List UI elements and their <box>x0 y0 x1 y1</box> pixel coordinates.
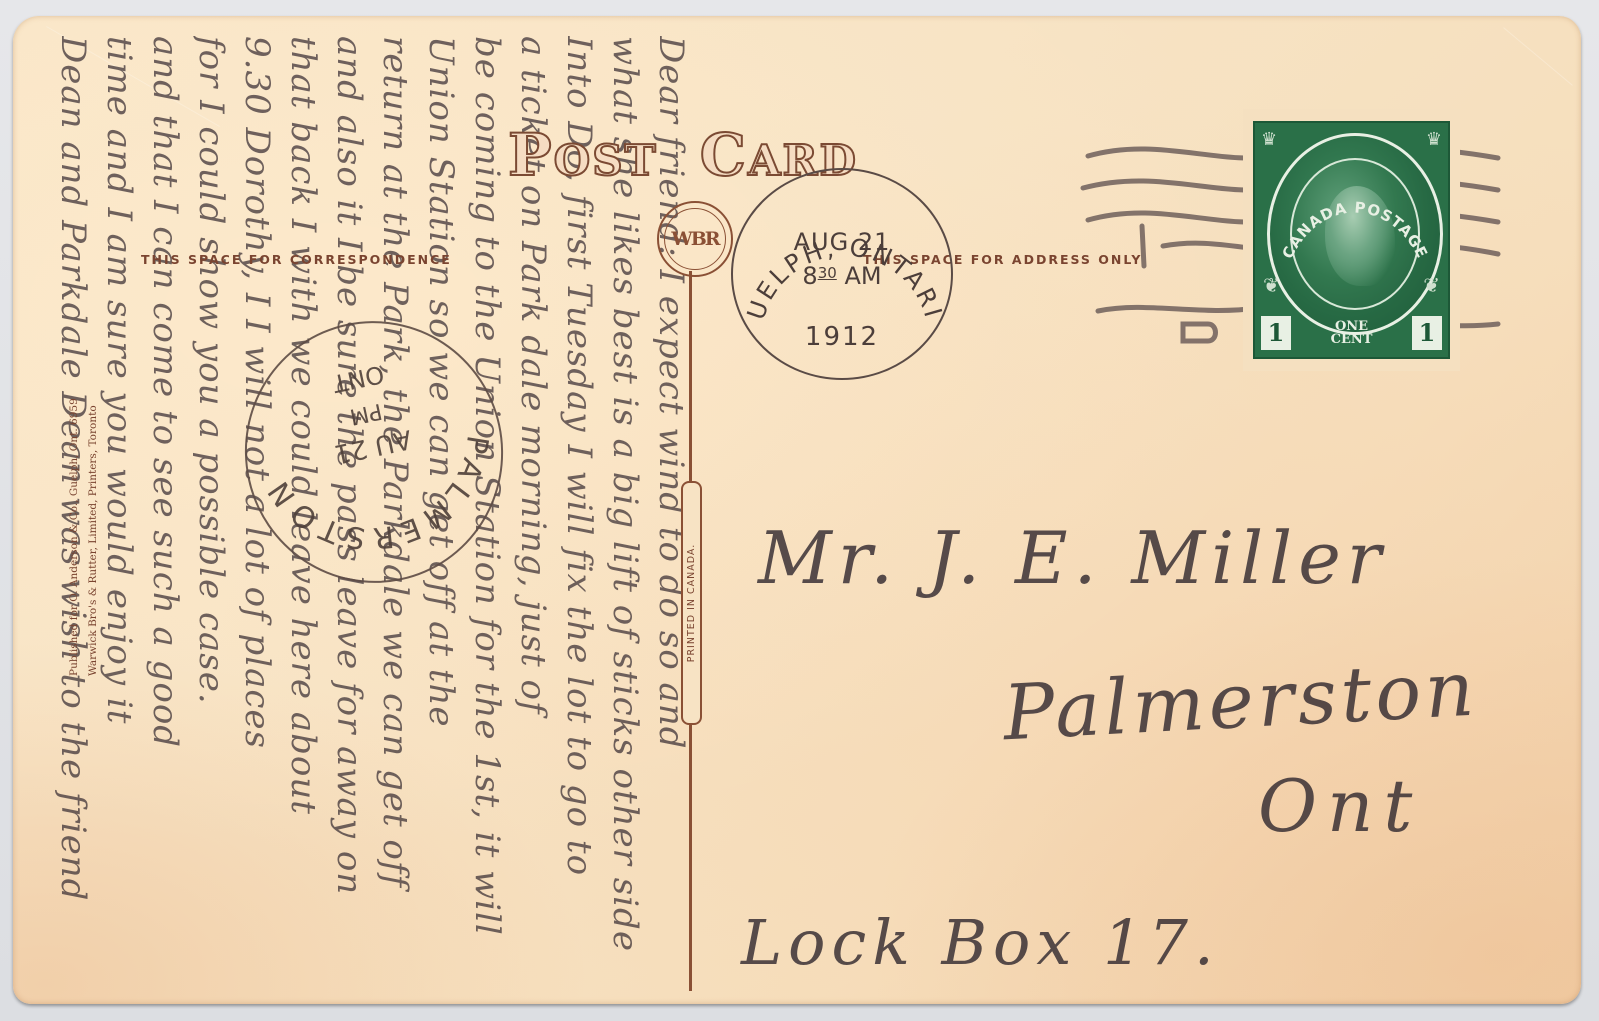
stamp-denomination: 1 ONE CENT 1 <box>1255 313 1448 353</box>
postcard: Dear friend: I expect wind to do so andw… <box>13 16 1581 1004</box>
publisher-imprint: Published for O. Anderson & Co., Guelph,… <box>65 196 111 676</box>
recipient-box: Lock Box 17. <box>741 906 1220 979</box>
photo-background: Dear friend: I expect wind to do so andw… <box>0 0 1599 1021</box>
publisher-monogram-icon: WBR <box>657 201 733 277</box>
stamp-face: CANADA POSTAGE ♛ ♛ ❦ ❦ 1 ONE CENT 1 <box>1253 121 1450 359</box>
maple-leaf-icon: ❦ <box>1263 273 1280 298</box>
postmark-ampm: AM <box>844 262 881 290</box>
monogram-letters: WBR <box>664 208 726 270</box>
stamp-country-text: CANADA POSTAGE <box>1270 136 1440 332</box>
postmark-minute: 30 <box>818 264 837 282</box>
title-letter: P <box>508 121 554 189</box>
message-line: and that I can come to see such a good <box>137 36 185 976</box>
postmark-time: 830 AM <box>733 262 951 290</box>
correspondence-label: THIS SPACE FOR CORRESPONDENCE <box>141 252 452 267</box>
recipient-name: Mr. J. E. Miller <box>758 516 1387 600</box>
denomination-number: 1 <box>1261 316 1291 350</box>
card-crease <box>1503 27 1573 86</box>
printed-in-canada-box: PRINTED IN CANADA. <box>681 481 702 725</box>
recipient-province: Ont <box>1258 764 1422 848</box>
denomination-words: ONE CENT <box>1331 320 1373 346</box>
postmark-year: 1912 <box>733 322 951 352</box>
postmark-hour: 8 <box>802 262 817 290</box>
publisher-line: Published for O. Anderson & Co., Guelph,… <box>65 196 84 676</box>
guelph-postmark: GUELPH, ONTARIO AUG 21 830 AM 1912 <box>731 168 953 380</box>
printer-line: Warwick Bro's & Rutter, Limited, Printer… <box>84 196 103 676</box>
denomination-word: CENT <box>1331 333 1373 346</box>
postmark-date: AUG 21 <box>733 228 951 256</box>
stamp-oval-frame: CANADA POSTAGE <box>1267 133 1443 335</box>
crown-icon: ♛ <box>1426 129 1442 150</box>
denomination-number: 1 <box>1412 316 1442 350</box>
maple-leaf-icon: ❦ <box>1423 273 1440 298</box>
printed-in-canada-text: PRINTED IN CANADA. <box>683 483 700 723</box>
svg-text:CANADA POSTAGE: CANADA POSTAGE <box>1279 198 1432 261</box>
recipient-city: Palmerston <box>1001 644 1480 758</box>
message-line: for I could show you a possible case. <box>183 36 231 976</box>
postage-stamp: CANADA POSTAGE ♛ ♛ ❦ ❦ 1 ONE CENT 1 <box>1243 109 1460 371</box>
crown-icon: ♛ <box>1261 129 1277 150</box>
title-word: OST <box>554 136 658 185</box>
